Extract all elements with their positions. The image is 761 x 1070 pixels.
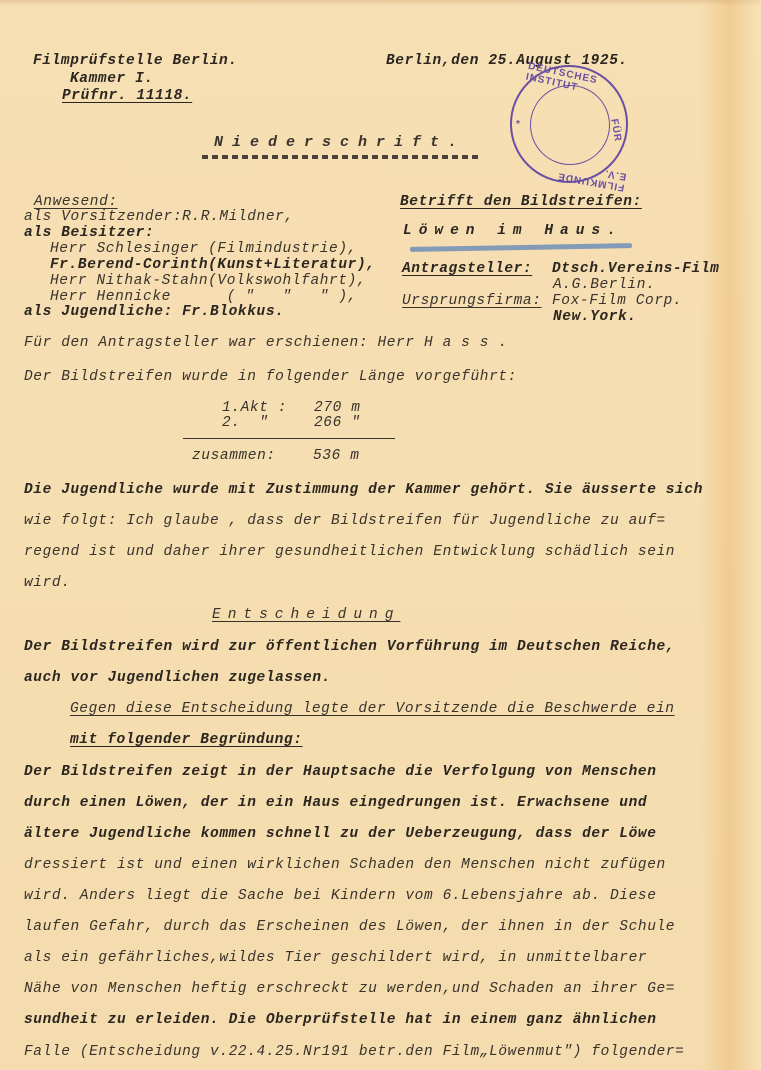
chair: als Vorsitzender:R.R.Mildner, [24, 210, 294, 225]
total-value: 536 m [313, 449, 360, 464]
act1-length: 270 m [314, 401, 361, 416]
youth-statement-2: wie folgt: Ich glaube , dass der Bildstr… [24, 514, 666, 529]
assessor-4: Herr Hennicke ( " " " ), [50, 290, 357, 305]
assessor-3: Herr Nithak-Stahn(Volkswohlfahrt), [50, 274, 366, 289]
total-label: zusammen: [192, 449, 276, 464]
reasoning-1: Der Bildstreifen zeigt in der Hauptsache… [24, 765, 657, 780]
assessor-1: Herr Schlesinger (Filmindustrie), [50, 242, 357, 257]
youth-member: als Jugendliche: Fr.Blokkus. [24, 305, 284, 320]
document-page: Filmprüfstelle Berlin. Kammer I. Prüfnr.… [0, 0, 761, 1070]
reasoning-7: als ein gefährliches,wildes Tier geschil… [24, 951, 647, 966]
act2-label: 2. " [222, 416, 269, 431]
reasoning-3: ältere Jugendliche kommen schnell zu der… [24, 827, 657, 842]
reasoning-9: sundheit zu erleiden. Die Oberprüfstelle… [24, 1013, 657, 1028]
stamp-text-right: FÜR [608, 118, 623, 143]
youth-statement-3: regend ist und daher ihrer gesundheitlic… [24, 545, 675, 560]
decision-heading: Entscheidung [212, 608, 400, 623]
reasoning-4: dressiert ist und einen wirklichen Schad… [24, 858, 666, 873]
appeared-line: Für den Antragsteller war erschienen: He… [24, 336, 508, 351]
origin-label: Ursprungsfirma: [402, 294, 542, 309]
applicant-line2: A.G.Berlin. [553, 278, 655, 293]
chamber: Kammer I. [70, 72, 154, 87]
office-name: Filmprüfstelle Berlin. [33, 54, 238, 69]
origin-line1: Fox-Film Corp. [552, 294, 682, 309]
act2-length: 266 " [314, 416, 361, 431]
appeal-2: mit folgender Begründung: [70, 733, 303, 748]
length-intro: Der Bildstreifen wurde in folgender Läng… [24, 370, 517, 385]
assessor-2: Fr.Berend-Corinth(Kunst+Literatur), [50, 258, 376, 273]
title-double-underline [202, 155, 478, 159]
origin-line2: New.York. [553, 310, 637, 325]
decision-2: auch vor Jugendlichen zugelassen. [24, 671, 331, 686]
film-heading: Betrifft den Bildstreifen: [400, 195, 642, 210]
reasoning-2: durch einen Löwen, der in ein Haus einge… [24, 796, 647, 811]
film-title: Löwen im Haus. [403, 224, 623, 239]
reasoning-6: laufen Gefahr, durch das Erscheinen des … [24, 920, 675, 935]
youth-statement-4: wird. [24, 576, 71, 591]
reasoning-10: Falle (Entscheidung v.22.4.25.Nr191 betr… [24, 1045, 684, 1060]
reasoning-8: Nähe von Menschen heftig erschreckt zu w… [24, 982, 675, 997]
stamp-star-icon: * [516, 119, 521, 130]
act1-label: 1.Akt : [222, 401, 287, 416]
blue-pencil-underline [410, 243, 632, 252]
assessors-label: als Beisitzer: [24, 226, 154, 241]
decision-1: Der Bildstreifen wird zur öffentlichen V… [24, 640, 675, 655]
exam-number: Prüfnr. 11118. [62, 89, 192, 104]
institute-stamp: DEUTSCHES INSTITUT FÜR FILMKUNDE E.V. * [510, 65, 628, 183]
attendance-heading: Anwesend: [34, 195, 118, 210]
applicant-line1: Dtsch.Vereins-Film [552, 262, 719, 277]
sum-rule [183, 438, 395, 439]
date-line: Berlin,den 25.August 1925. [386, 54, 628, 69]
youth-statement-1: Die Jugendliche wurde mit Zustimmung der… [24, 483, 703, 498]
appeal-1: Gegen diese Entscheidung legte der Vorsi… [70, 702, 675, 717]
reasoning-5: wird. Anders liegt die Sache bei Kindern… [24, 889, 657, 904]
document-title: Niederschrift. [214, 135, 466, 150]
applicant-label: Antragsteller: [402, 262, 532, 277]
